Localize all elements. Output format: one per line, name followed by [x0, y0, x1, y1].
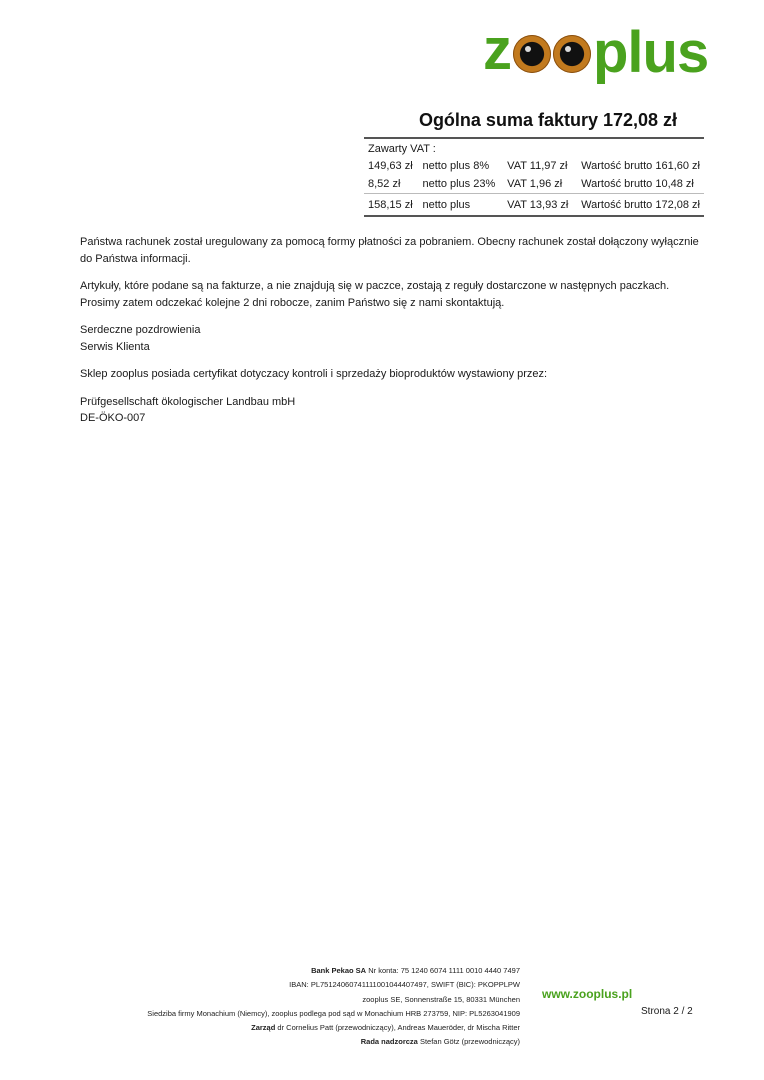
certifier: Prüfgesellschaft ökologischer Landbau mb… — [80, 394, 710, 427]
iban-line: IBAN: PL75124060741111001044407497, SWIF… — [120, 978, 520, 992]
net-amount: 8,52 zł — [364, 175, 418, 194]
gross-amount: Wartość brutto 161,60 zł — [577, 157, 704, 175]
vat-label: Zawarty VAT : — [364, 139, 704, 157]
net-amount: 149,63 zł — [364, 157, 418, 175]
company-footer: Bank Pekao SA Nr konta: 75 1240 6074 111… — [120, 964, 520, 1050]
bank-line: Bank Pekao SA Nr konta: 75 1240 6074 111… — [120, 964, 520, 978]
board-label: Zarząd — [251, 1023, 275, 1032]
logo-eye-icon — [513, 35, 551, 73]
greeting: Serdeczne pozdrowienia — [80, 324, 200, 336]
logo-text-z: z — [483, 21, 511, 79]
registry-line: Siedziba firmy Monachium (Niemcy), zoopl… — [120, 1007, 520, 1021]
logo-eye-icon — [553, 35, 591, 73]
bank-account: Nr konta: 75 1240 6074 1111 0010 4440 74… — [366, 966, 520, 975]
closing: Serdeczne pozdrowienia Serwis Klienta — [80, 322, 710, 355]
net-total: 158,15 zł — [364, 194, 418, 216]
certificate-paragraph: Sklep zooplus posiada certyfikat dotycza… — [80, 366, 710, 383]
missing-items-paragraph: Artykuły, które podane są na fakturze, a… — [80, 278, 710, 311]
vat-amount: VAT 1,96 zł — [503, 175, 577, 194]
zooplus-logo: z plus — [483, 20, 708, 80]
payment-info-paragraph: Państwa rachunek został uregulowany za p… — [80, 234, 710, 267]
signature: Serwis Klienta — [80, 341, 150, 353]
logo-text-plus: plus — [593, 24, 708, 82]
supervisory-members: Stefan Götz (przewodniczący) — [418, 1037, 520, 1046]
certifier-name: Prüfgesellschaft ökologischer Landbau mb… — [80, 396, 295, 408]
supervisory-label: Rada nadzorcza — [361, 1037, 418, 1046]
vat-breakdown: Zawarty VAT : 149,63 zł netto plus 8% VA… — [364, 139, 704, 217]
gross-amount: Wartość brutto 10,48 zł — [577, 175, 704, 194]
vat-table: 149,63 zł netto plus 8% VAT 11,97 zł War… — [364, 157, 704, 215]
certifier-code: DE-ÖKO-007 — [80, 412, 145, 424]
vat-amount: VAT 11,97 zł — [503, 157, 577, 175]
invoice-total-title: Ogólna suma faktury 172,08 zł — [364, 110, 704, 139]
supervisory-line: Rada nadzorcza Stefan Götz (przewodniczą… — [120, 1035, 520, 1049]
vat-total-row: 158,15 zł netto plus VAT 13,93 zł Wartoś… — [364, 194, 704, 216]
net-description: netto plus 23% — [418, 175, 503, 194]
net-total-description: netto plus — [418, 194, 503, 216]
invoice-summary: Ogólna suma faktury 172,08 zł Zawarty VA… — [364, 110, 704, 217]
board-members: dr Cornelius Patt (przewodniczący), Andr… — [275, 1023, 520, 1032]
board-line: Zarząd dr Cornelius Patt (przewodniczący… — [120, 1021, 520, 1035]
letter-body: Państwa rachunek został uregulowany za p… — [80, 234, 710, 438]
vat-total: VAT 13,93 zł — [503, 194, 577, 216]
vat-row: 149,63 zł netto plus 8% VAT 11,97 zł War… — [364, 157, 704, 175]
address-line: zooplus SE, Sonnenstraße 15, 80331 Münch… — [120, 993, 520, 1007]
net-description: netto plus 8% — [418, 157, 503, 175]
vat-row: 8,52 zł netto plus 23% VAT 1,96 zł Warto… — [364, 175, 704, 194]
page-number: Strona 2 / 2 — [641, 1006, 693, 1017]
gross-total: Wartość brutto 172,08 zł — [577, 194, 704, 216]
bank-name: Bank Pekao SA — [311, 966, 366, 975]
website-link[interactable]: www.zooplus.pl — [542, 987, 632, 1001]
